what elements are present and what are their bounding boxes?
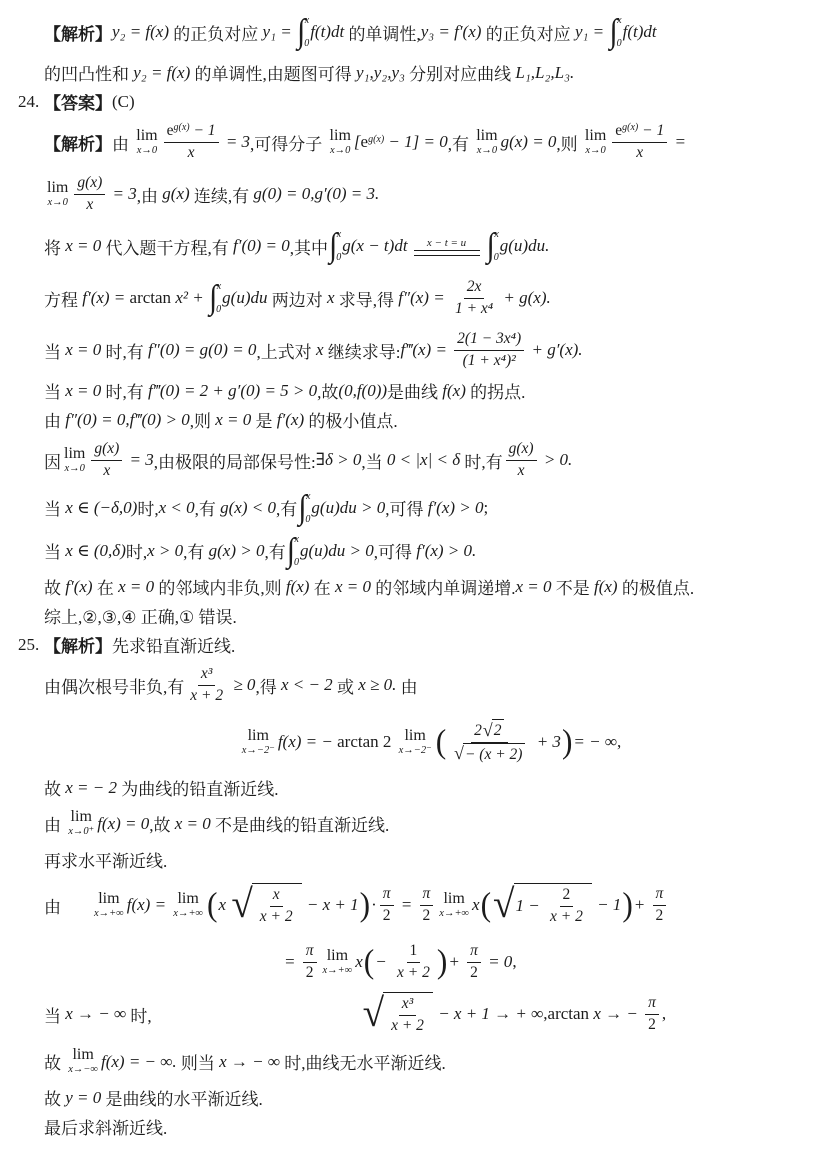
math-run: g(x) xyxy=(162,184,189,204)
math-run: = 3 xyxy=(125,450,153,470)
fraction: x³x + 2 xyxy=(388,994,427,1035)
integral: ∫x0 xyxy=(298,491,310,525)
document-line: 24.【答案】(C) xyxy=(44,87,816,116)
integral: ∫x0 xyxy=(287,534,299,568)
section-label: 【解析】 xyxy=(44,130,112,155)
text-run: 或 xyxy=(333,673,359,698)
text-run: 分别对应曲线 xyxy=(405,60,516,85)
text-run: 的极小值点. xyxy=(304,407,398,432)
math-run: x xyxy=(327,288,335,308)
math-run: 2x xyxy=(467,277,482,297)
fraction-denominator: 2 xyxy=(653,906,667,926)
fraction: xx + 2 xyxy=(257,885,296,926)
math-run: x = 0 xyxy=(335,577,371,597)
document-line: 将 x = 0 代入题干方程,有 f′(0) = 0,其中∫x0g(x − t)… xyxy=(44,220,816,272)
text-run: ,当 xyxy=(361,448,387,473)
math-run: x xyxy=(188,143,195,163)
big-paren: ( xyxy=(436,725,446,758)
document-line: 的凹凸性和 y₂ = f(x) 的单调性,由题图可得 y₁,y₂,y₃ 分别对应… xyxy=(44,58,816,87)
lim-word: lim xyxy=(71,809,92,825)
math-run: y₁,y₂,y₃ xyxy=(356,63,405,83)
fraction-numerator: 1 xyxy=(407,941,421,962)
text-run: ,可得 xyxy=(385,495,428,520)
lim-word: lim xyxy=(64,446,85,462)
lim-under: x→+∞ xyxy=(94,909,124,920)
math-run: x xyxy=(316,340,324,360)
text-run: 当 xyxy=(44,378,65,403)
lim-under: x→0 xyxy=(585,146,605,157)
math-run: x = − 2 xyxy=(65,778,117,798)
fraction-numerator: π xyxy=(420,884,434,905)
text-run: 将 xyxy=(44,234,65,259)
math-run: = 3 xyxy=(222,132,250,152)
math-run: g(x) xyxy=(94,439,119,459)
text-run: 方程 xyxy=(44,286,82,311)
lim-under: x→−∞ xyxy=(68,1065,98,1076)
text-run: ,得 xyxy=(255,673,281,698)
limit-operator: limx→−2⁻ xyxy=(399,728,432,757)
text-run: 求导,得 xyxy=(335,286,399,311)
text-run: 故 xyxy=(44,1085,65,1110)
integral: ∫x0 xyxy=(487,229,499,263)
integral-sign: ∫ xyxy=(287,534,295,568)
math-run: π xyxy=(656,884,664,904)
math-run: − (x + 2) xyxy=(465,745,523,765)
text-run: 则当 xyxy=(177,1049,220,1074)
text-run: 2 xyxy=(656,906,664,926)
fraction: eg(x) − 1x xyxy=(164,121,219,162)
text-run: ,则 xyxy=(556,130,582,155)
document-body: 【解析】y₂ = f(x) 的正负对应 y₁ = ∫x0f(t)dt 的单调性,… xyxy=(44,6,816,1141)
text-run: , xyxy=(617,732,621,752)
math-run: f′(0) = 0 xyxy=(233,236,290,256)
integral-sign: ∫ xyxy=(298,491,306,525)
radical-content: 2 xyxy=(492,719,505,741)
radical-sign: √ xyxy=(493,885,514,925)
text-run: 的邻域内非负,则 xyxy=(154,574,286,599)
radical-content: xx + 2 xyxy=(252,883,302,926)
text-run: ,故 xyxy=(317,378,338,403)
math-run: + xyxy=(634,895,650,915)
text-run: 时, xyxy=(126,1002,152,1027)
math-run: = xyxy=(397,895,417,915)
math-run: g(u)du > 0 xyxy=(300,541,374,561)
math-run: x = 0 xyxy=(515,577,551,597)
spacer xyxy=(61,905,91,906)
text-run: ,arctan xyxy=(543,1004,593,1024)
limit-operator: limx→+∞ xyxy=(439,891,469,920)
math-run: x + 2 xyxy=(397,963,430,983)
math-run: π xyxy=(470,941,478,961)
math-run: x ≥ 0. xyxy=(358,675,396,695)
lim-under: x→−2⁻ xyxy=(242,746,275,757)
math-run: x = 0 xyxy=(65,340,101,360)
text-run: ,有 xyxy=(195,495,221,520)
text-run: ,可得分子 xyxy=(250,130,327,155)
math-run: x = 0 xyxy=(65,236,101,256)
document-line: 当 x = 0 时,有 f″(0) = g(0) = 0,上式对 x 继续求导:… xyxy=(44,324,816,376)
math-run: x xyxy=(518,461,525,481)
lim-under: x→−2⁻ xyxy=(399,746,432,757)
math-run: f(t)dt xyxy=(310,22,344,42)
math-run: + xyxy=(448,952,464,972)
math-run: (1 + x⁴)² xyxy=(463,351,516,371)
math-run: x + 2 xyxy=(190,686,223,706)
document-line: 故 limx→−∞f(x) = − ∞. 则当 x → − ∞ 时,曲线无水平渐… xyxy=(44,1040,816,1083)
radical-sign: √ xyxy=(231,885,252,925)
fraction-numerator: x xyxy=(270,885,283,906)
fraction: π2 xyxy=(303,941,317,982)
fraction: π2 xyxy=(420,884,434,925)
text-run: ,有 xyxy=(264,538,285,563)
document-line: 25.【解析】先求铅直渐近线. xyxy=(44,630,816,659)
fraction-denominator: x xyxy=(515,461,528,481)
text-run: 当 xyxy=(44,338,65,363)
math-run: x = 0 xyxy=(215,410,251,430)
text-run: 2 xyxy=(648,1015,656,1035)
big-paren: ( xyxy=(364,945,374,978)
fraction-numerator: g(x) xyxy=(74,173,105,194)
section-label: 【解析】 xyxy=(44,20,112,45)
text-run: 当 xyxy=(44,495,65,520)
fraction: 2x1 + x⁴ xyxy=(452,277,496,318)
fraction: 1x + 2 xyxy=(394,941,433,982)
math-run: (0,f(0)) xyxy=(338,381,387,401)
big-paren: ) xyxy=(622,888,632,921)
math-run: g(x) xyxy=(77,173,102,193)
limit-operator: limx→+∞ xyxy=(323,948,353,977)
spacer xyxy=(44,962,284,963)
text-run: ,由 xyxy=(137,182,163,207)
document-line: = π2limx→+∞x(− 1x + 2)+ π2 = 0, xyxy=(44,936,816,988)
lim-word: lim xyxy=(136,128,157,144)
math-run: = − ∞ xyxy=(573,732,617,752)
fraction-numerator: π xyxy=(467,941,481,962)
math-run: y₂ = f(x) xyxy=(112,22,169,42)
math-run: x xyxy=(273,885,280,905)
document-line: 由 f″(0) = 0,f‴(0) > 0,则 x = 0 是 f′(x) 的极… xyxy=(44,405,816,434)
integral-sign: ∫ xyxy=(609,15,617,49)
question-number: 24. xyxy=(18,92,44,112)
text-run: 2 xyxy=(423,906,431,926)
math-run: x² + xyxy=(175,288,208,308)
lim-word: lim xyxy=(177,891,198,907)
document-line: 故 f′(x) 在 x = 0 的邻域内非负,则 f(x) 在 x = 0 的邻… xyxy=(44,572,816,601)
math-run: x xyxy=(103,461,110,481)
document-line: 由偶次根号非负,有x³x + 2 ≥ 0,得 x < − 2 或 x ≥ 0. … xyxy=(44,659,816,711)
text-run: ,有 xyxy=(448,130,474,155)
integral-upper-bound: x xyxy=(337,229,341,240)
text-run: 由 xyxy=(396,673,417,698)
fraction: eg(x) − 1x xyxy=(612,121,667,162)
document-line: 综上,②,③,④ 正确,① 错误. xyxy=(44,601,816,630)
text-run: 是曲线的水平渐近线. xyxy=(101,1085,263,1110)
limit-operator: limx→−2⁻ xyxy=(242,728,275,757)
document-line: 由limx→+∞f(x) = limx→+∞(x √xx + 2 − x + 1… xyxy=(44,874,816,936)
lim-word: lim xyxy=(98,891,119,907)
limit-operator: limx→0 xyxy=(136,128,157,157)
fraction-denominator: x + 2 xyxy=(257,907,296,927)
math-run: > 0. xyxy=(540,450,573,470)
big-paren: ( xyxy=(481,888,491,921)
text-run: 的极值点. xyxy=(618,574,695,599)
math-run: f′(x) > 0. xyxy=(416,541,476,561)
math-run: ∃δ > 0 xyxy=(316,450,362,470)
math-run: − xyxy=(375,952,391,972)
superscript-expr: eg(x) xyxy=(361,132,385,152)
lim-under: x→0 xyxy=(330,146,350,157)
math-run: x xyxy=(472,895,480,915)
math-run: 2 xyxy=(474,721,482,741)
integral: ∫x0 xyxy=(297,15,309,49)
math-run: x xyxy=(355,952,363,972)
text-run: ; xyxy=(484,498,489,518)
math-run: g(0) = 0,g′(0) = 3. xyxy=(253,184,379,204)
lim-under: x→+∞ xyxy=(323,966,353,977)
lim-word: lim xyxy=(47,180,68,196)
text-run: 由 xyxy=(112,130,133,155)
fraction: x³x + 2 xyxy=(187,664,226,705)
limit-operator: limx→0 xyxy=(47,180,68,209)
document-line: 再求水平渐近线. xyxy=(44,845,816,874)
fraction-numerator: 2 xyxy=(560,885,574,906)
math-run: = 3 xyxy=(108,184,136,204)
fraction-numerator: π xyxy=(303,941,317,962)
document-line: 当 x = 0 时,有 f‴(0) = 2 + g′(0) = 5 > 0,故(… xyxy=(44,376,816,405)
text-run: 继续求导: xyxy=(323,338,400,363)
math-run: f″(x) = xyxy=(398,288,449,308)
document-line: limx→−2⁻f(x) = − arctan 2 limx→−2⁻(2√2√−… xyxy=(44,711,816,773)
math-run: f″(0) = 0,f‴(0) > 0 xyxy=(65,410,190,430)
lim-word: lim xyxy=(72,1047,93,1063)
fraction-denominator: x xyxy=(633,143,646,163)
limit-operator: limx→0 xyxy=(476,128,497,157)
fraction-numerator: 2√2 xyxy=(471,719,508,742)
math-run: − x + 1 xyxy=(303,895,359,915)
limit-operator: limx→+∞ xyxy=(173,891,203,920)
text-run: 时,有 xyxy=(460,448,503,473)
math-run: x = 0 xyxy=(175,814,211,834)
math-run: g(u)du xyxy=(222,288,267,308)
math-run: f(x) xyxy=(442,381,466,401)
math-run: x < − 2 xyxy=(281,675,333,695)
superscript-expr: eg(x) xyxy=(615,121,638,141)
math-run: g(x) = 0 xyxy=(501,132,557,152)
math-run: x ∈ (0,δ) xyxy=(65,541,126,561)
math-run: f(x) = − ∞. xyxy=(101,1052,177,1072)
math-run: f″(0) = g(0) = 0 xyxy=(148,340,256,360)
text-run: ,可得 xyxy=(374,538,417,563)
fraction-numerator: 2(1 − 3x⁴) xyxy=(454,329,524,350)
text-run: · xyxy=(371,895,377,915)
radical-sign: √ xyxy=(363,994,384,1034)
math-run: − x + 1 → + ∞ xyxy=(434,1004,543,1024)
text-run: 由 xyxy=(44,407,65,432)
fraction-denominator: √− (x + 2) xyxy=(450,743,529,765)
document-line: 方程 f′(x) = arctan x² + ∫x0g(u)du 两边对 x 求… xyxy=(44,272,816,324)
text-run: 的正负对应 xyxy=(481,20,575,45)
text-run: 的凹凸性和 xyxy=(44,60,133,85)
fraction-numerator: π xyxy=(645,993,659,1014)
text-run: 的拐点. xyxy=(466,378,526,403)
fraction: 2(1 − 3x⁴)(1 + x⁴)² xyxy=(454,329,524,370)
integral-sign: ∫ xyxy=(297,15,305,49)
math-run: π xyxy=(648,993,656,1013)
integral-upper-bound: x xyxy=(217,281,221,292)
big-paren: ) xyxy=(437,945,447,978)
math-run: y₁ = xyxy=(575,22,608,42)
math-run: 1 − xyxy=(516,896,544,916)
fraction: g(x)x xyxy=(91,439,122,480)
text-run: 故 xyxy=(44,775,65,800)
fraction-numerator: π xyxy=(653,884,667,905)
radical-content: x³x + 2 xyxy=(383,992,433,1035)
lim-under: x→0 xyxy=(64,464,84,475)
integral-upper-bound: x xyxy=(305,15,309,26)
math-run: = xyxy=(670,132,686,152)
sup-script: g(x) xyxy=(622,122,638,133)
math-run: g(x) > 0 xyxy=(209,541,265,561)
sup-base: e xyxy=(361,132,369,151)
integral-upper-bound: x xyxy=(306,491,310,502)
big-paren: ( xyxy=(207,888,217,921)
document-line: 【解析】y₂ = f(x) 的正负对应 y₁ = ∫x0f(t)dt 的单调性,… xyxy=(44,6,816,58)
math-run: f(x) xyxy=(594,577,618,597)
fraction: g(x)x xyxy=(74,173,105,214)
fraction-denominator: x xyxy=(83,195,96,215)
text-run: 时, xyxy=(137,495,158,520)
math-run: x xyxy=(219,895,231,915)
big-paren: ) xyxy=(360,888,370,921)
limit-operator: limx→0 xyxy=(585,128,606,157)
fraction-numerator: x³ xyxy=(198,664,216,685)
text-run: 时,曲线无水平渐近线. xyxy=(280,1049,446,1074)
fraction: π2 xyxy=(467,941,481,982)
text-run: 1 xyxy=(410,941,418,961)
document-line: 当 x ∈ (−δ,0)时,x < 0,有 g(x) < 0,有∫x0g(u)d… xyxy=(44,486,816,529)
math-run: x³ xyxy=(201,664,213,684)
math-run: x → − ∞ xyxy=(219,1052,280,1072)
text-run: 2 xyxy=(563,885,571,905)
integral-sign: ∫ xyxy=(209,281,217,315)
fraction-numerator: eg(x) − 1 xyxy=(164,121,219,142)
document-line: 最后求斜渐近线. xyxy=(44,1112,816,1141)
text-run: , xyxy=(512,952,516,972)
integral: ∫x0 xyxy=(609,15,621,49)
fraction-denominator: 2 xyxy=(645,1015,659,1035)
radical: √− (x + 2) xyxy=(454,743,525,765)
text-run: 当 xyxy=(44,1002,65,1027)
document-line: 故 y = 0 是曲线的水平渐近线. xyxy=(44,1083,816,1112)
fraction-denominator: 1 + x⁴ xyxy=(452,299,496,319)
text-run: ,有 xyxy=(183,538,209,563)
text-run: 的单调性,由题图可得 xyxy=(190,60,356,85)
lim-under: x→0 xyxy=(137,146,157,157)
text-run: 不是曲线的铅直渐近线. xyxy=(211,811,390,836)
sup-script: g(x) xyxy=(368,134,384,145)
radical-content: 1 − 2x + 2 xyxy=(514,883,592,926)
limit-operator: limx→0⁺ xyxy=(68,809,94,838)
math-run: − 1 xyxy=(638,121,664,141)
math-run: L₁,L₂,L₃. xyxy=(515,63,574,83)
text-run: , xyxy=(662,1004,666,1024)
math-run: x → − ∞ xyxy=(65,1004,126,1024)
text-run: 连续,有 xyxy=(190,182,254,207)
math-run: g(x) xyxy=(509,439,534,459)
lim-under: x→+∞ xyxy=(173,909,203,920)
text-run: 再求水平渐近线. xyxy=(44,847,167,872)
math-run: − 1] = 0 xyxy=(384,132,448,152)
document-line: 【解析】由 limx→0eg(x) − 1x = 3,可得分子 limx→0[e… xyxy=(44,116,816,168)
fraction-numerator: g(x) xyxy=(506,439,537,460)
math-run: f′(x) xyxy=(65,577,92,597)
text-run: 的单调性, xyxy=(344,20,421,45)
text-run: 因 xyxy=(44,448,61,473)
limit-operator: limx→−∞ xyxy=(68,1047,98,1076)
fraction-denominator: 2 xyxy=(420,906,434,926)
integral: ∫x0 xyxy=(329,229,341,263)
math-run: x = 0 xyxy=(118,577,154,597)
big-paren: ) xyxy=(562,725,572,758)
document-line: 故 x = − 2 为曲线的铅直渐近线. xyxy=(44,773,816,802)
lim-word: lim xyxy=(476,128,497,144)
math-run: f′(x) = xyxy=(82,288,129,308)
fraction-denominator: x xyxy=(185,143,198,163)
text-run: 是曲线 xyxy=(387,378,442,403)
math-run: x → − xyxy=(593,1004,642,1024)
math-run: x + 2 xyxy=(260,907,293,927)
section-label: 【解析】 xyxy=(44,632,112,657)
text-run: 2 xyxy=(383,906,391,926)
text-run: 由 xyxy=(44,811,65,836)
radical: √xx + 2 xyxy=(231,883,301,926)
lim-word: lim xyxy=(327,948,348,964)
fraction: π2 xyxy=(645,993,659,1034)
text-run: 先求铅直渐近线. xyxy=(112,632,235,657)
text-run: 为曲线的铅直渐近线. xyxy=(117,775,279,800)
lim-word: lim xyxy=(585,128,606,144)
math-run: x + 2 xyxy=(550,907,583,927)
math-run: g(u)du. xyxy=(500,236,550,256)
math-run: ≥ 0 xyxy=(229,675,255,695)
math-run: 2 xyxy=(494,721,502,741)
text-run: 2 xyxy=(470,963,478,983)
text-run: 当 xyxy=(44,538,65,563)
math-run: y₂ = f(x) xyxy=(133,63,190,83)
lim-under: x→0 xyxy=(477,146,497,157)
document-line: 当 x → − ∞ 时,√x³x + 2 − x + 1 → + ∞,arcta… xyxy=(44,988,816,1040)
integral-sign: ∫ xyxy=(487,229,495,263)
text-run: 两边对 xyxy=(267,286,327,311)
fraction-denominator: (1 + x⁴)² xyxy=(460,351,519,371)
radical-content: − (x + 2) xyxy=(463,743,526,765)
superscript-expr: eg(x) xyxy=(167,121,190,141)
math-run: g(x) < 0 xyxy=(220,498,276,518)
math-run: π xyxy=(423,884,431,904)
sup-script: g(x) xyxy=(173,122,189,133)
integral-sign: ∫ xyxy=(329,229,337,263)
math-run: + g′(x). xyxy=(527,340,582,360)
text-run: ,由极限的局部保号性: xyxy=(154,448,316,473)
text-run: 的正负对应 xyxy=(169,20,263,45)
fraction-denominator: x + 2 xyxy=(388,1016,427,1036)
text-run: ,其中 xyxy=(290,234,328,259)
text-run: 代入题干方程,有 xyxy=(101,234,233,259)
document-page: 【解析】y₂ = f(x) 的正负对应 y₁ = ∫x0f(t)dt 的单调性,… xyxy=(0,0,830,1159)
fraction: 2√2√− (x + 2) xyxy=(450,719,529,764)
text-run: 综上,②,③,④ 正确,① 错误. xyxy=(44,603,237,628)
text-run: 的邻域内单调递增. xyxy=(371,574,516,599)
